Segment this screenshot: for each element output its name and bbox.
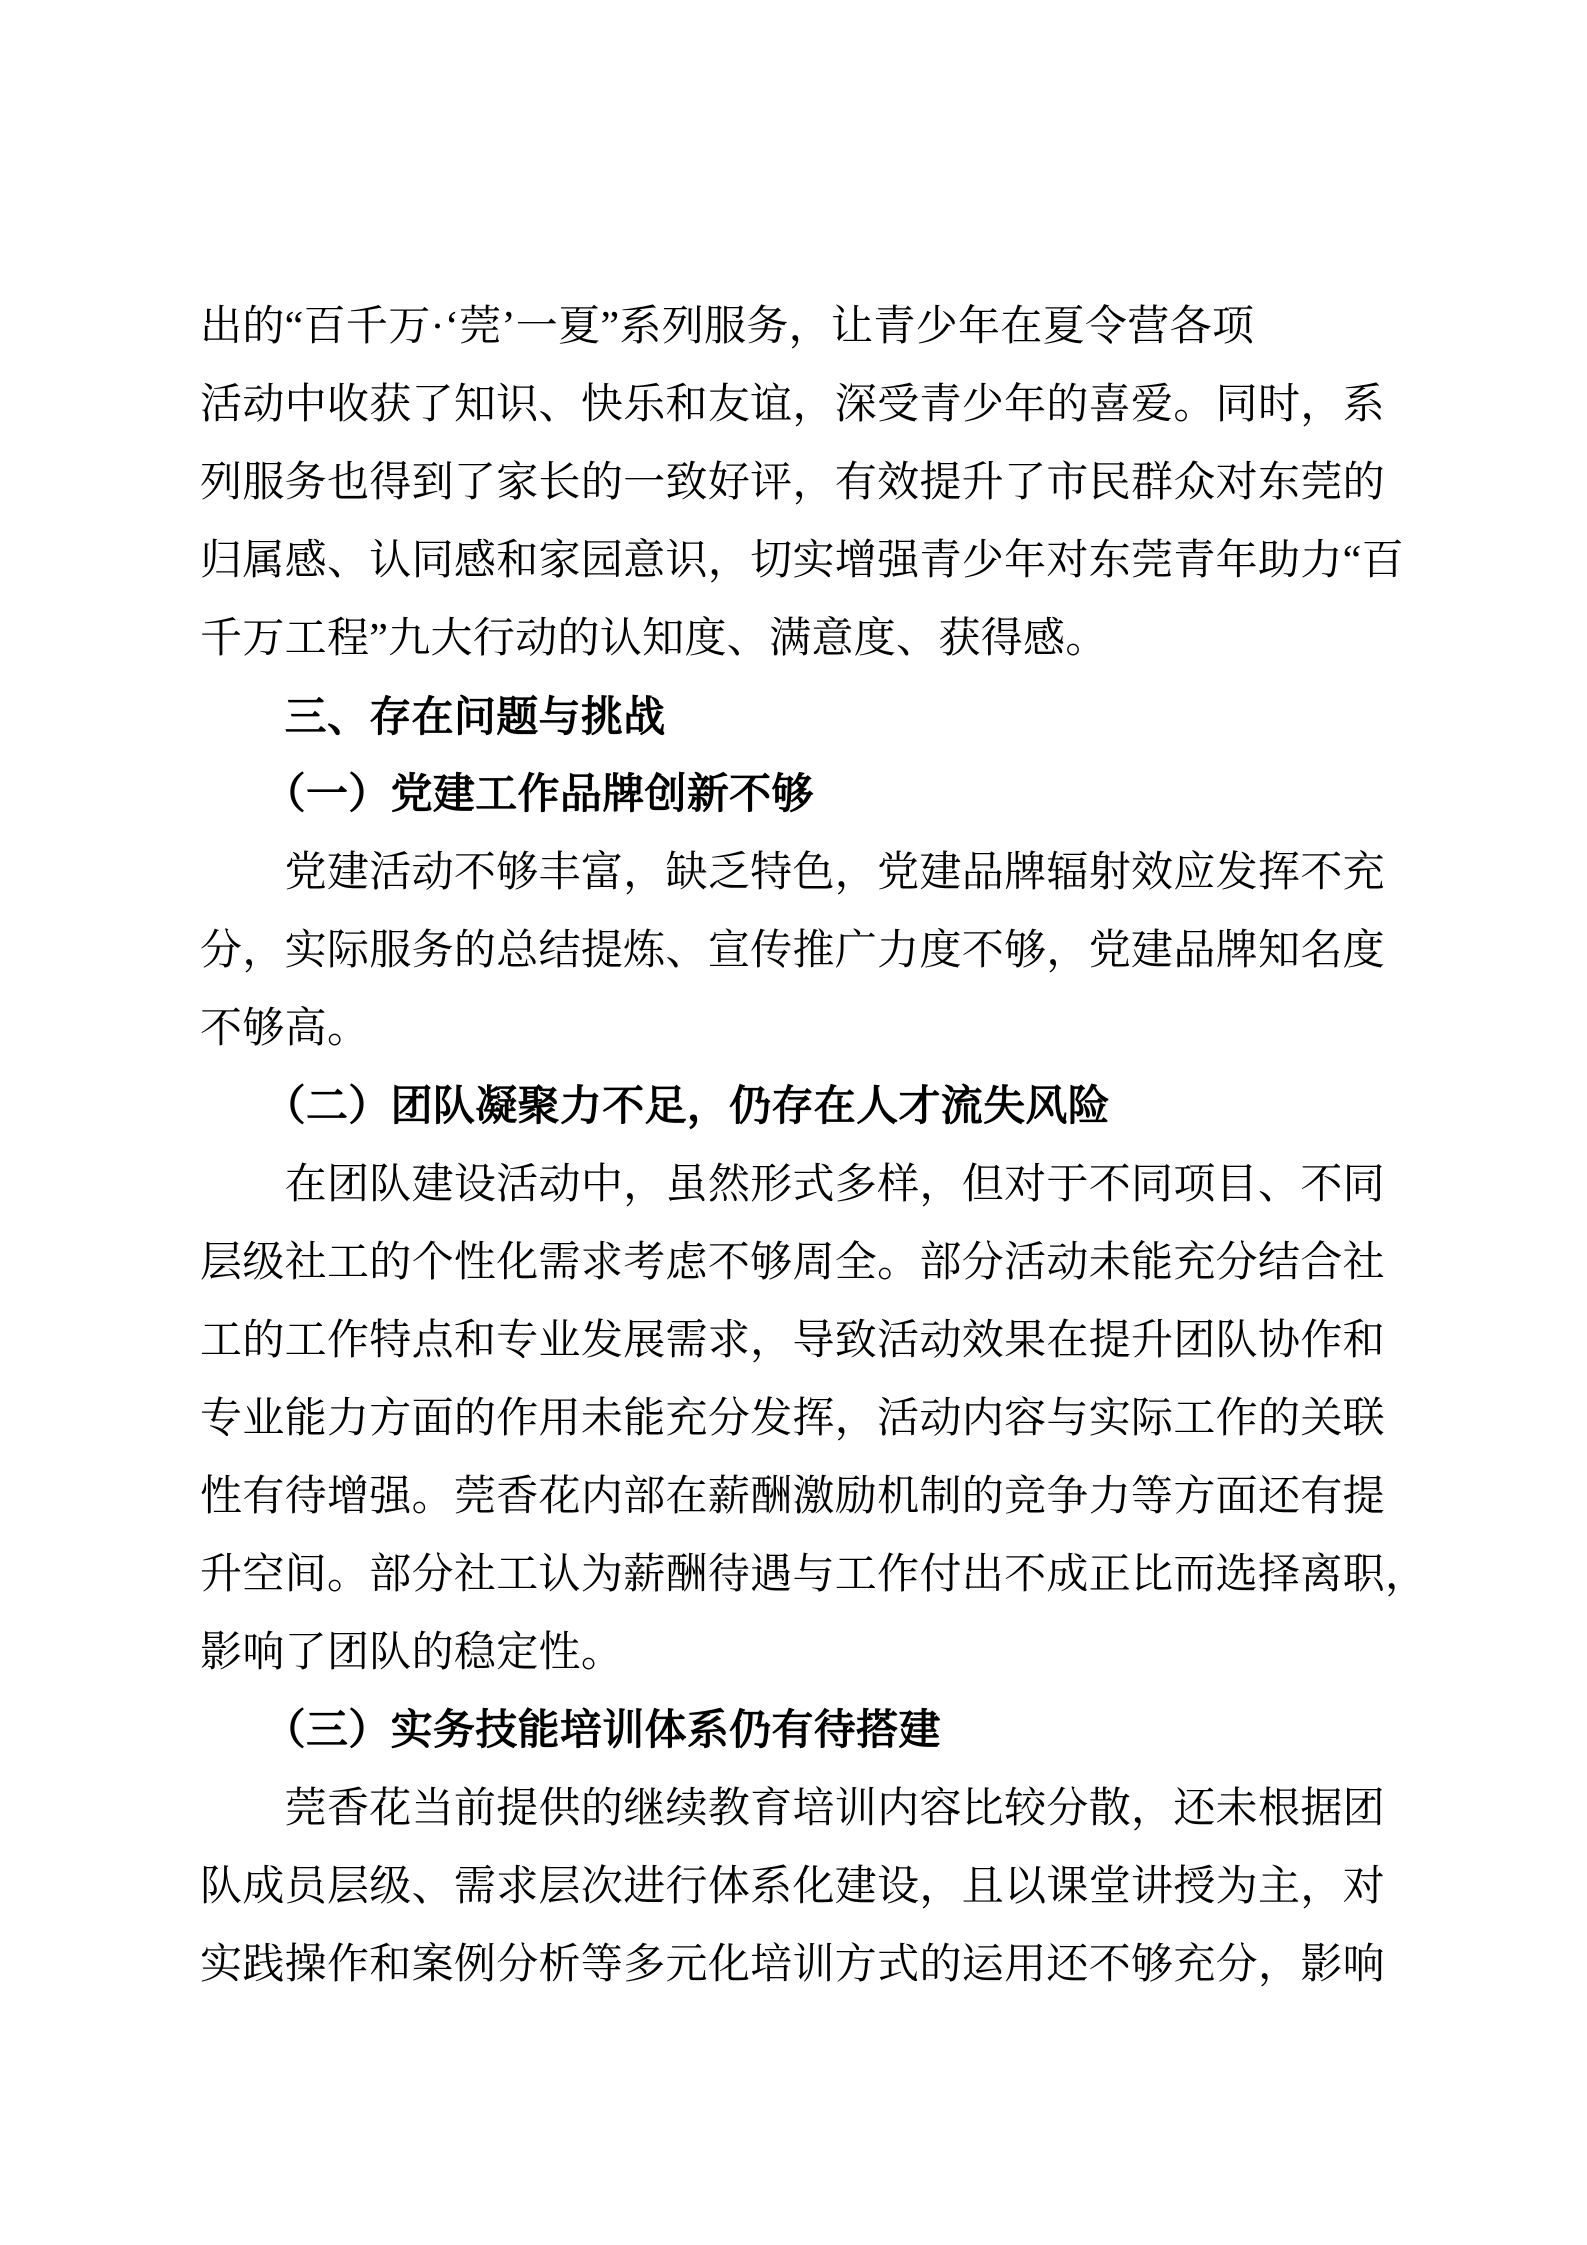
body-line: 队成员层级、需求层次进行体系化建设，且以课堂讲授为主，对 <box>200 1848 1386 1926</box>
body-line: 升空间。部分社工认为薪酬待遇与工作付出不成正比而选择离职， <box>200 1536 1386 1614</box>
body-line: 归属感、认同感和家园意识，切实增强青少年对东莞青年助力“百 <box>200 522 1386 600</box>
document-content: 出的“百千万·‘莞’一夏”系列服务，让青少年在夏令营各项活动中收获了知识、快乐和… <box>200 288 1386 2004</box>
body-line: 党建活动不够丰富，缺乏特色，党建品牌辐射效应发挥不充 <box>200 834 1386 912</box>
body-line: 出的“百千万·‘莞’一夏”系列服务，让青少年在夏令营各项 <box>200 288 1386 366</box>
subsection-heading: （三）实务技能培训体系仍有待搭建 <box>200 1692 1386 1770</box>
body-line: 莞香花当前提供的继续教育培训内容比较分散，还未根据团 <box>200 1770 1386 1848</box>
subsection-heading: （二）团队凝聚力不足，仍存在人才流失风险 <box>200 1068 1386 1146</box>
body-line: 工的工作特点和专业发展需求，导致活动效果在提升团队协作和 <box>200 1302 1386 1380</box>
body-line: 层级社工的个性化需求考虑不够周全。部分活动未能充分结合社 <box>200 1224 1386 1302</box>
body-line: 不够高。 <box>200 990 1386 1068</box>
body-line: 实践操作和案例分析等多元化培训方式的运用还不够充分，影响 <box>200 1926 1386 2004</box>
body-line: 千万工程”九大行动的认知度、满意度、获得感。 <box>200 600 1386 678</box>
body-line: 活动中收获了知识、快乐和友谊，深受青少年的喜爱。同时，系 <box>200 366 1386 444</box>
document-page: 出的“百千万·‘莞’一夏”系列服务，让青少年在夏令营各项活动中收获了知识、快乐和… <box>0 0 1587 2245</box>
body-line: 影响了团队的稳定性。 <box>200 1614 1386 1692</box>
body-line: 专业能力方面的作用未能充分发挥，活动内容与实际工作的关联 <box>200 1380 1386 1458</box>
section-heading: 三、存在问题与挑战 <box>200 678 1386 756</box>
subsection-heading: （一）党建工作品牌创新不够 <box>200 756 1386 834</box>
body-line: 分，实际服务的总结提炼、宣传推广力度不够，党建品牌知名度 <box>200 912 1386 990</box>
body-line: 性有待增强。莞香花内部在薪酬激励机制的竞争力等方面还有提 <box>200 1458 1386 1536</box>
body-line: 列服务也得到了家长的一致好评，有效提升了市民群众对东莞的 <box>200 444 1386 522</box>
body-line: 在团队建设活动中，虽然形式多样，但对于不同项目、不同 <box>200 1146 1386 1224</box>
